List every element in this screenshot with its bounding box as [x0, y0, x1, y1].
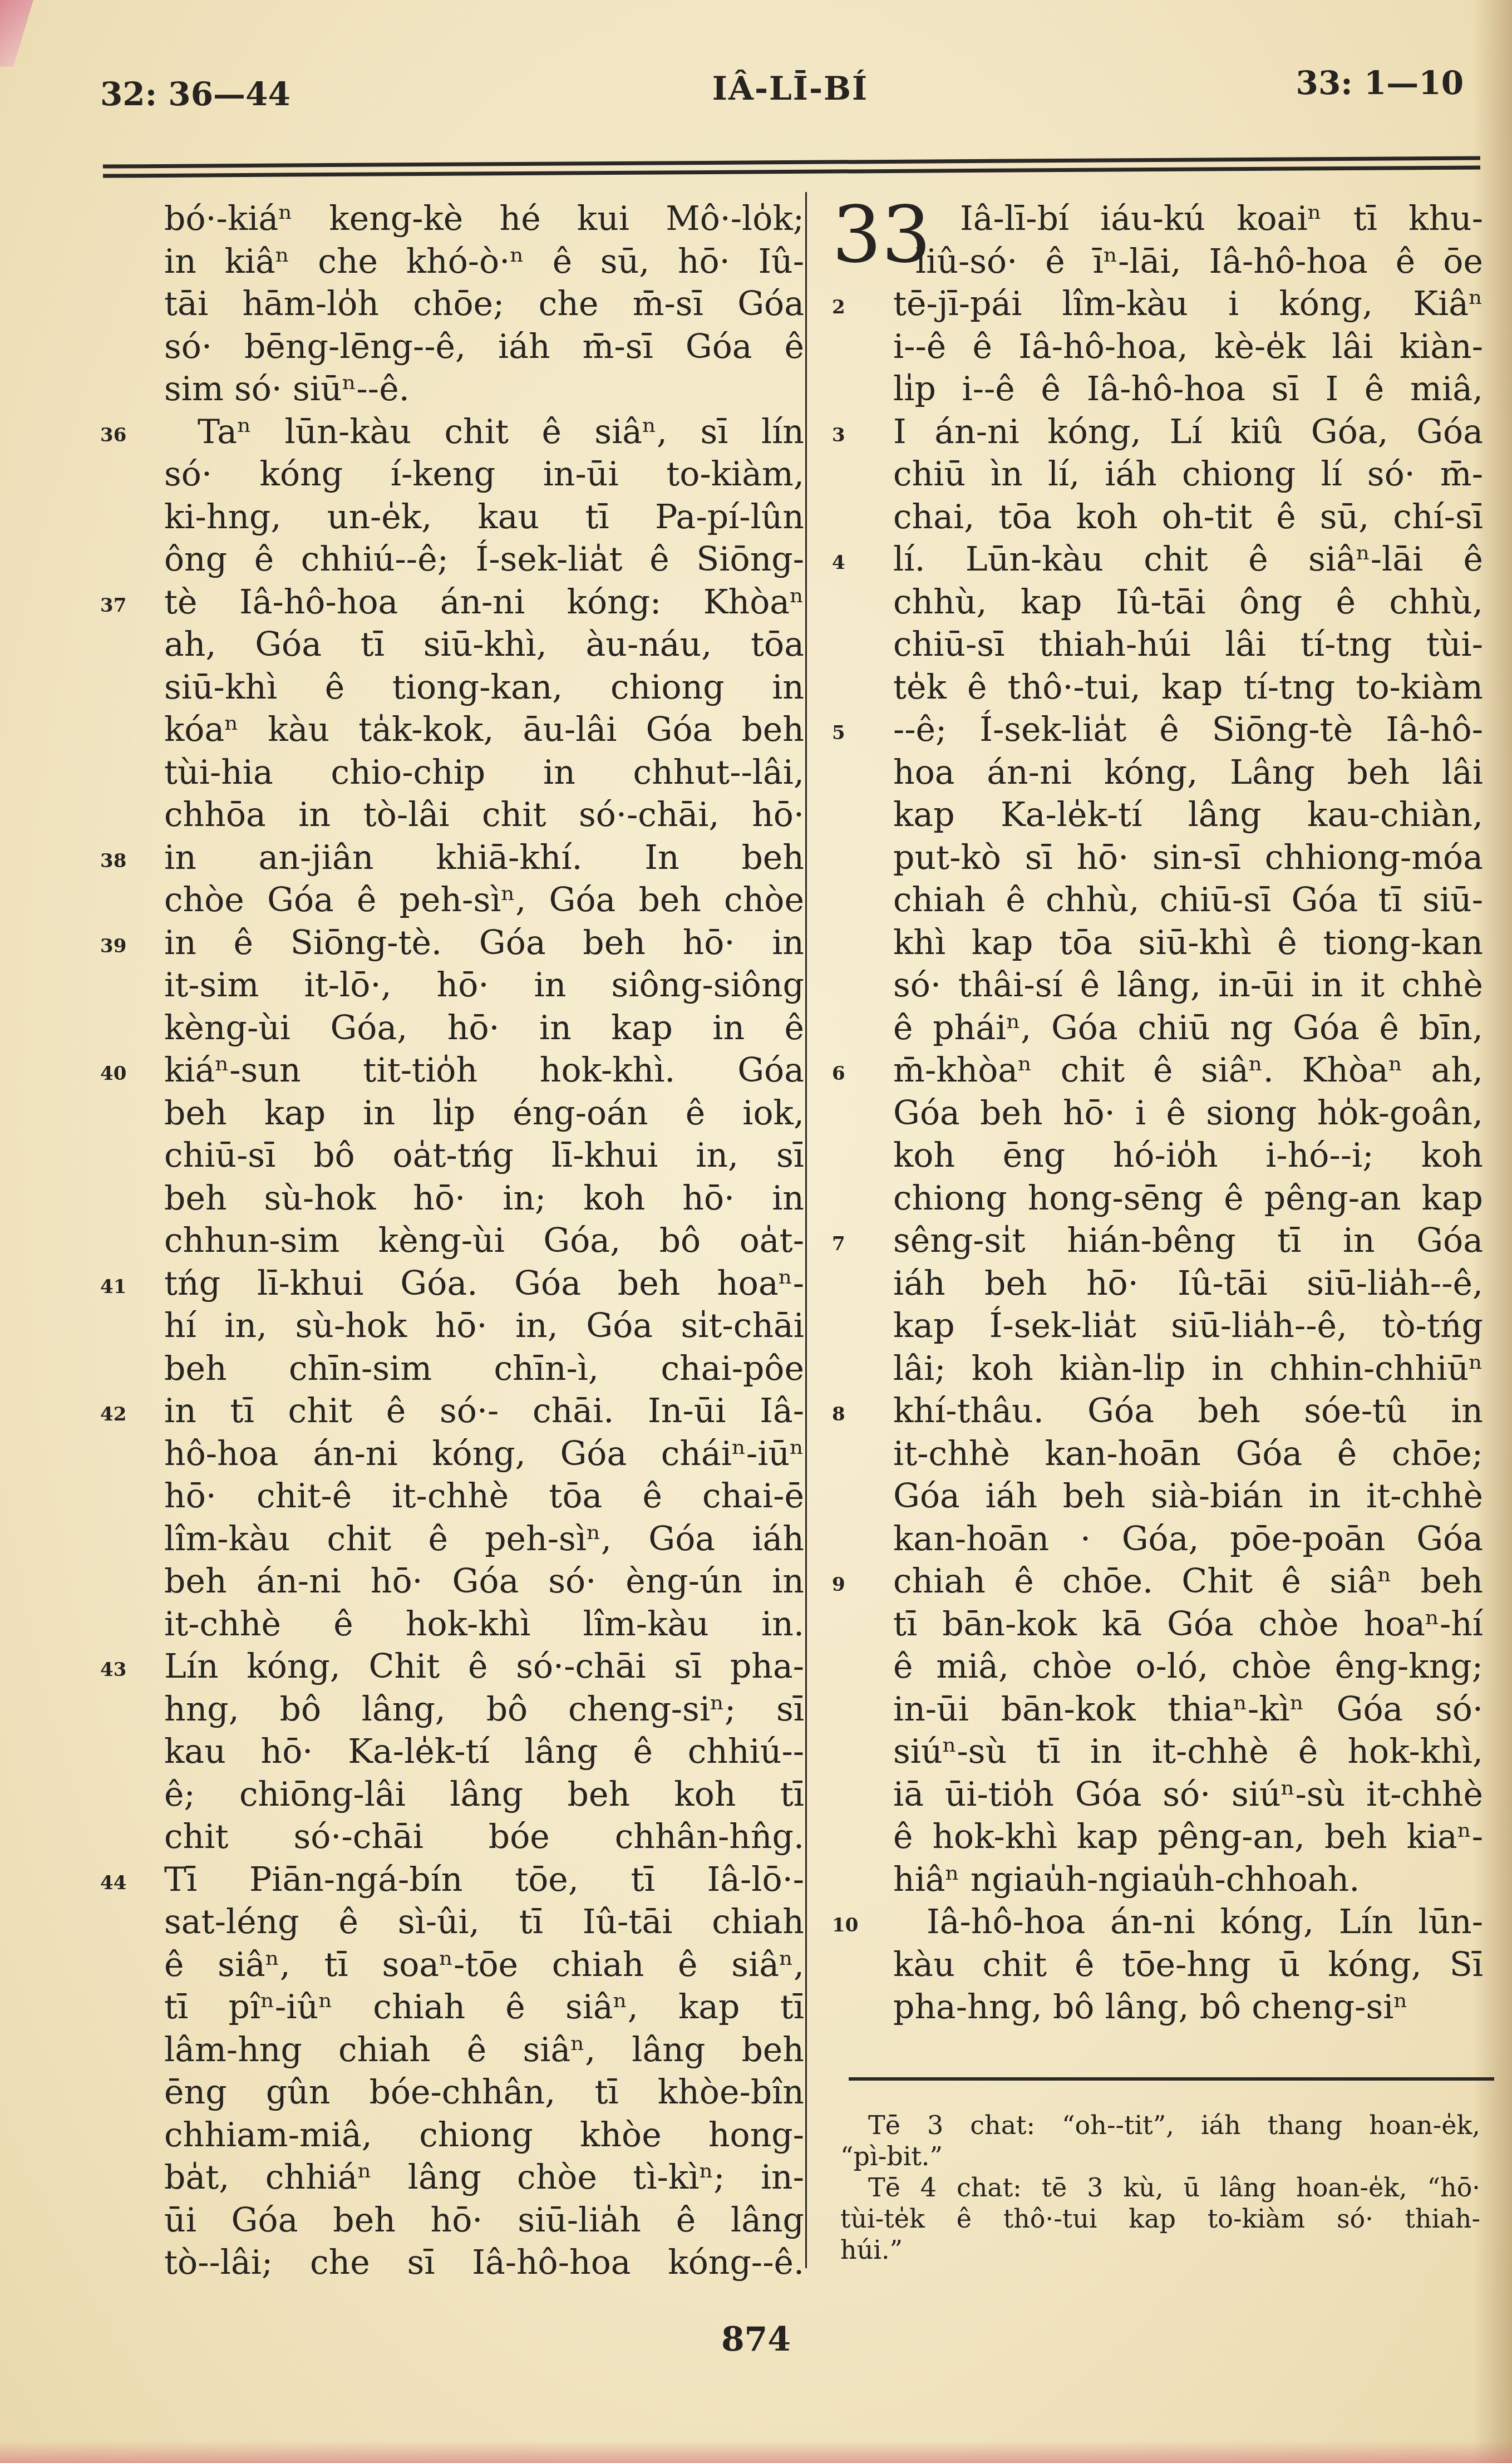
- line-text: in-ūi bān-kok thiaⁿ-kìⁿ Góa só·: [893, 1690, 1483, 1729]
- line-text: ūi Góa beh hō· siū-lia̍h ê lâng: [164, 2201, 804, 2240]
- text-line: chiah ê chhù, chiū-sī Góa tī siū-: [893, 879, 1483, 922]
- line-text: lí. Lūn-kàu chit ê siâⁿ-lāi ê: [893, 540, 1483, 579]
- header-right-reference: 33: 1—10: [1296, 64, 1464, 102]
- text-line: beh chīn-sim chīn-ì, chai-pôe: [164, 1348, 804, 1390]
- text-line: ê siâⁿ, tī soaⁿ-tōe chiah ê siâⁿ,: [164, 1944, 804, 1987]
- text-line: 4lí. Lūn-kàu chit ê siâⁿ-lāi ê: [893, 538, 1483, 581]
- line-text: li̍p i--ê ê Iâ-hô-hoa sī I ê miâ,: [893, 370, 1483, 409]
- line-text: liû-só· ê īⁿ-lāi, Iâ-hô-hoa ê ōe: [915, 242, 1483, 281]
- text-line: húi.”: [840, 2234, 1480, 2265]
- verse-number: 10: [832, 1904, 858, 1947]
- text-line: sim só· siūⁿ--ê.: [164, 368, 804, 411]
- text-line: siū-khì ê tiong-kan, chiong in: [164, 666, 804, 709]
- verse-number: 7: [832, 1223, 845, 1266]
- line-text: Iâ-lī-bí iáu-kú koaiⁿ tī khu-: [960, 199, 1483, 238]
- text-line: tī pîⁿ-iûⁿ chiah ê siâⁿ, kap tī: [164, 1986, 804, 2029]
- line-text: tńg lī-khui Góa. Góa beh hoaⁿ-: [164, 1264, 804, 1303]
- line-text: tāi hām-lo̍h chōe; che m̄-sī Góa: [164, 284, 804, 323]
- line-text: só· bēng-lēng--ê, iáh m̄-sī Góa ê: [164, 327, 804, 366]
- text-line: ê pháiⁿ, Góa chiū ng Góa ê bīn,: [893, 1007, 1483, 1050]
- line-text: Tē 3 chat: “oh--tit”, iáh thang hoan-e̍k…: [868, 2110, 1480, 2140]
- line-text: ê hok-khì kap pêng-an, beh kiaⁿ-: [893, 1817, 1483, 1856]
- text-line: Iâ-lī-bí iáu-kú koaiⁿ tī khu-: [893, 198, 1483, 240]
- text-line: chiū-sī thiah-húi lâi tí-tng tùi-: [893, 623, 1483, 666]
- verse-number: 38: [100, 840, 126, 883]
- line-text: chiū-sī thiah-húi lâi tí-tng tùi-: [893, 625, 1483, 664]
- verse-number: 39: [100, 925, 126, 968]
- text-line: tī bān-kok kā Góa chòe hoaⁿ-hí: [893, 1603, 1483, 1646]
- line-text: beh sù-hok hō· in; koh hō· in: [164, 1179, 804, 1218]
- verse-number: 6: [832, 1053, 845, 1095]
- line-text: siū-khì ê tiong-kan, chiong in: [164, 668, 804, 707]
- text-line: put-kò sī hō· sin-sī chhiong-móa: [893, 837, 1483, 879]
- line-text: Iâ-hô-hoa án-ni kóng, Lín lūn-: [927, 1902, 1483, 1941]
- right-text-column: 33 Iâ-lī-bí iáu-kú koaiⁿ tī khu-liû-só· …: [893, 198, 1483, 2029]
- text-line: Góa iáh beh sià-bián in it-chhè: [893, 1475, 1483, 1518]
- column-divider: [805, 192, 807, 2268]
- line-text: chiū ìn lí, iáh chiong lí só· m̄-: [893, 455, 1483, 494]
- line-text: it-chhè kan-hoān Góa ê chōe;: [893, 1434, 1483, 1473]
- line-text: tī bān-kok kā Góa chòe hoaⁿ-hí: [893, 1605, 1483, 1644]
- text-line: liû-só· ê īⁿ-lāi, Iâ-hô-hoa ê ōe: [893, 240, 1483, 283]
- text-line: só· kóng í-keng in-ūi to-kiàm,: [164, 453, 804, 496]
- text-line: 8khí-thâu. Góa beh sóe-tû in: [893, 1390, 1483, 1433]
- text-line: hô-hoa án-ni kóng, Góa cháiⁿ-iūⁿ: [164, 1433, 804, 1476]
- text-line: iā ūi-tio̍h Góa só· siúⁿ-sù it-chhè: [893, 1773, 1483, 1816]
- line-text: chhiam-miâ, chiong khòe hong-: [164, 2116, 804, 2155]
- text-line: chiū-sī bô oa̍t-tńg lī-khui in, sī: [164, 1134, 804, 1177]
- line-text: beh án-ni hō· Góa só· èng-ún in: [164, 1562, 804, 1601]
- text-line: ūi Góa beh hō· siū-lia̍h ê lâng: [164, 2199, 804, 2242]
- text-line: chiū ìn lí, iáh chiong lí só· m̄-: [893, 453, 1483, 496]
- line-text: sêng-si̍t hián-bêng tī in Góa: [893, 1221, 1483, 1260]
- text-line: 5--ê; Í-sek-lia̍t ê Siōng-tè Iâ-hô-: [893, 709, 1483, 751]
- header-double-rule: [103, 156, 1480, 178]
- line-text: kap Í-sek-lia̍t siū-lia̍h--ê, tò-tńg: [893, 1306, 1483, 1345]
- line-text: te̍k ê thô·-tui, kap tí-tng to-kiàm: [893, 668, 1483, 707]
- text-line: 6m̄-khòaⁿ chit ê siâⁿ. Khòaⁿ ah,: [893, 1049, 1483, 1092]
- text-line: lâi; koh kiàn-li̍p in chhin-chhiūⁿ: [893, 1348, 1483, 1390]
- text-line: in-ūi bān-kok thiaⁿ-kìⁿ Góa só·: [893, 1688, 1483, 1731]
- text-line: hng, bô lâng, bô cheng-siⁿ; sī: [164, 1688, 804, 1731]
- verse-number: 37: [100, 584, 126, 627]
- line-text: it-chhè ê hok-khì lîm-kàu in.: [164, 1605, 804, 1644]
- line-text: chiong hong-sēng ê pêng-an kap: [893, 1179, 1483, 1218]
- text-line: beh kap in li̍p éng-oán ê iok,: [164, 1092, 804, 1135]
- text-line: tùi-te̍k ê thô·-tui kap to-kiàm só· thia…: [840, 2203, 1480, 2234]
- verse-number: 5: [832, 712, 845, 755]
- text-line: kap Í-sek-lia̍t siū-lia̍h--ê, tò-tńg: [893, 1305, 1483, 1348]
- text-line: ah, Góa tī siū-khì, àu-náu, tōa: [164, 623, 804, 666]
- line-text: chit só·-chāi bóe chhân-hn̂g.: [164, 1817, 804, 1856]
- line-text: in an-jiân khiā-khí. In beh: [164, 838, 804, 877]
- line-text: Tē 4 chat: tē 3 kù, ū lâng hoan-e̍k, “hō…: [868, 2172, 1480, 2203]
- page-edge-stain: [0, 2441, 1512, 2463]
- text-line: i--ê ê Iâ-hô-hoa, kè-e̍k lâi kiàn-: [893, 326, 1483, 368]
- line-text: chai, tōa koh oh-tit ê sū, chí-sī: [893, 498, 1483, 537]
- text-line: lâm-hng chiah ê siâⁿ, lâng beh: [164, 2029, 804, 2072]
- line-text: ki-hng, un-e̍k, kau tī Pa-pí-lûn: [164, 498, 804, 537]
- text-line: 37tè Iâ-hô-hoa án-ni kóng: Khòaⁿ: [164, 581, 804, 624]
- text-line: ê hok-khì kap pêng-an, beh kiaⁿ-: [893, 1816, 1483, 1859]
- text-line: ê miâ, chòe o-ló, chòe êng-kng;: [893, 1645, 1483, 1688]
- verse-number: 8: [832, 1393, 845, 1436]
- text-line: kèng-ùi Góa, hō· in kap in ê: [164, 1007, 804, 1050]
- text-line: chai, tōa koh oh-tit ê sū, chí-sī: [893, 496, 1483, 539]
- text-line: 39in ê Siōng-tè. Góa beh hō· in: [164, 922, 804, 965]
- page-number: 874: [0, 2320, 1512, 2359]
- running-header: 32: 36—44 IÂ-LĪ-BÍ 33: 1—10: [100, 64, 1480, 114]
- text-line: 2tē-jī-pái lîm-kàu i kóng, Kiâⁿ: [893, 283, 1483, 326]
- text-line: só· thâi-sí ê lâng, in-ūi in it chhè: [893, 964, 1483, 1007]
- verse-number: 40: [100, 1053, 126, 1095]
- line-text: ê siâⁿ, tī soaⁿ-tōe chiah ê siâⁿ,: [164, 1945, 804, 1984]
- line-text: “pì-bit.”: [840, 2141, 943, 2171]
- line-text: sim só· siūⁿ--ê.: [164, 370, 410, 409]
- verse-number: 43: [100, 1649, 126, 1692]
- verse-number: 2: [832, 286, 845, 329]
- line-text: pha-hng, bô lâng, bô cheng-siⁿ: [893, 1988, 1408, 2027]
- line-text: ēng gûn bóe-chhân, tī khòe-bîn: [164, 2073, 804, 2112]
- verse-number: 44: [100, 1862, 126, 1905]
- line-text: só· thâi-sí ê lâng, in-ūi in it chhè: [893, 966, 1483, 1005]
- text-line: chhiam-miâ, chiong khòe hong-: [164, 2114, 804, 2157]
- line-text: hng, bô lâng, bô cheng-siⁿ; sī: [164, 1690, 804, 1729]
- line-text: siúⁿ-sù tī in it-chhè ê hok-khì,: [893, 1732, 1483, 1771]
- page-corner-marker: [0, 0, 33, 67]
- text-line: hoa án-ni kóng, Lâng beh lâi: [893, 751, 1483, 794]
- text-line: bó·-kiáⁿ keng-kè hé kui Mô·-lo̍k;: [164, 198, 804, 240]
- text-line: Tē 3 chat: “oh--tit”, iáh thang hoan-e̍k…: [840, 2110, 1480, 2141]
- text-line: kàu chit ê tōe-hng ū kóng, Sī: [893, 1944, 1483, 1987]
- text-line: chòe Góa ê peh-sìⁿ, Góa beh chòe: [164, 879, 804, 922]
- text-line: “pì-bit.”: [840, 2141, 1480, 2172]
- line-text: chhōa in tò-lâi chit só·-chāi, hō·: [164, 795, 804, 834]
- line-text: kàu chit ê tōe-hng ū kóng, Sī: [893, 1945, 1483, 1984]
- line-text: tò--lâi; che sī Iâ-hô-hoa kóng--ê.: [164, 2243, 804, 2282]
- text-line: só· bēng-lēng--ê, iáh m̄-sī Góa ê: [164, 326, 804, 368]
- line-text: hô-hoa án-ni kóng, Góa cháiⁿ-iūⁿ: [164, 1434, 804, 1473]
- line-text: kau hō· Ka-le̍k-tí lâng ê chhiú--: [164, 1732, 804, 1771]
- book-title: IÂ-LĪ-BÍ: [100, 70, 1480, 107]
- text-line: kap Ka-le̍k-tí lâng kau-chiàn,: [893, 794, 1483, 837]
- line-text: só· kóng í-keng in-ūi to-kiàm,: [164, 455, 804, 494]
- text-line: it-chhè ê hok-khì lîm-kàu in.: [164, 1603, 804, 1646]
- line-text: ah, Góa tī siū-khì, àu-náu, tōa: [164, 625, 804, 664]
- line-text: iā ūi-tio̍h Góa só· siúⁿ-sù it-chhè: [893, 1775, 1483, 1814]
- text-line: ba̍t, chhiáⁿ lâng chòe tì-kìⁿ; in-: [164, 2156, 804, 2199]
- line-text: chiah ê chhù, chiū-sī Góa tī siū-: [893, 881, 1483, 920]
- text-line: 10Iâ-hô-hoa án-ni kóng, Lín lūn-: [893, 1901, 1483, 1944]
- verse-number: 4: [832, 542, 845, 584]
- line-text: kèng-ùi Góa, hō· in kap in ê: [164, 1009, 804, 1048]
- text-line: it-chhè kan-hoān Góa ê chōe;: [893, 1433, 1483, 1476]
- text-line: khì kap tōa siū-khì ê tiong-kan: [893, 922, 1483, 965]
- text-line: siúⁿ-sù tī in it-chhè ê hok-khì,: [893, 1731, 1483, 1773]
- line-text: chiah ê chōe. Chit ê siâⁿ beh: [893, 1562, 1483, 1601]
- line-text: Góa iáh beh sià-bián in it-chhè: [893, 1477, 1483, 1516]
- text-line: 36Taⁿ lūn-kàu chit ê siâⁿ, sī lín: [164, 411, 804, 454]
- text-line: 44Tī Piān-ngá-bín tōe, tī Iâ-lō·-: [164, 1859, 804, 1901]
- line-text: khí-thâu. Góa beh sóe-tû in: [893, 1392, 1483, 1430]
- text-line: hí in, sù-hok hō· in, Góa si̍t-chāi: [164, 1305, 804, 1348]
- text-line: 3I án-ni kóng, Lí kiû Góa, Góa: [893, 411, 1483, 454]
- line-text: hí in, sù-hok hō· in, Góa si̍t-chāi: [164, 1306, 804, 1345]
- line-text: chiū-sī bô oa̍t-tńg lī-khui in, sī: [164, 1136, 804, 1175]
- left-text-column: bó·-kiáⁿ keng-kè hé kui Mô·-lo̍k;in kiâⁿ…: [164, 198, 804, 2284]
- verse-number: 42: [100, 1393, 126, 1436]
- text-line: hiâⁿ ngiau̍h-ngiau̍h-chhoah.: [893, 1859, 1483, 1901]
- verse-number: 41: [100, 1266, 126, 1309]
- text-line: sat-léng ê sì-ûi, tī Iû-tāi chiah: [164, 1901, 804, 1944]
- line-text: ê pháiⁿ, Góa chiū ng Góa ê bīn,: [893, 1009, 1483, 1048]
- text-line: 38in an-jiân khiā-khí. In beh: [164, 837, 804, 879]
- line-text: kiáⁿ-sun tit-tio̍h hok-khì. Góa: [164, 1051, 804, 1090]
- line-text: I án-ni kóng, Lí kiû Góa, Góa: [893, 412, 1483, 451]
- text-line: ê; chiōng-lâi lâng beh koh tī: [164, 1773, 804, 1816]
- line-text: beh kap in li̍p éng-oán ê iok,: [164, 1094, 804, 1133]
- text-line: kan-hoān · Góa, pōe-poān Góa: [893, 1518, 1483, 1561]
- text-line: chhōa in tò-lâi chit só·-chāi, hō·: [164, 794, 804, 837]
- text-line: 43Lín kóng, Chit ê só·-chāi sī pha-: [164, 1645, 804, 1688]
- footnotes: Tē 3 chat: “oh--tit”, iáh thang hoan-e̍k…: [840, 2110, 1480, 2265]
- line-text: hoa án-ni kóng, Lâng beh lâi: [893, 753, 1483, 792]
- text-line: Góa beh hō· i ê siong ho̍k-goân,: [893, 1092, 1483, 1135]
- line-text: húi.”: [840, 2235, 903, 2265]
- line-text: kóaⁿ kàu ta̍k-kok, āu-lâi Góa beh: [164, 710, 804, 749]
- text-line: it-sim it-lō·, hō· in siông-siông: [164, 964, 804, 1007]
- verse-number: 3: [832, 414, 845, 457]
- text-line: chit só·-chāi bóe chhân-hn̂g.: [164, 1816, 804, 1859]
- line-text: lâm-hng chiah ê siâⁿ, lâng beh: [164, 2031, 804, 2069]
- line-text: ê miâ, chòe o-ló, chòe êng-kng;: [893, 1647, 1483, 1686]
- text-line: ông ê chhiú--ê; Í-sek-lia̍t ê Siōng-: [164, 538, 804, 581]
- line-text: tè Iâ-hô-hoa án-ni kóng: Khòaⁿ: [164, 583, 804, 622]
- text-line: ki-hng, un-e̍k, kau tī Pa-pí-lûn: [164, 496, 804, 539]
- line-text: chhun-sim kèng-ùi Góa, bô oa̍t-: [164, 1221, 804, 1260]
- line-text: sat-léng ê sì-ûi, tī Iû-tāi chiah: [164, 1902, 804, 1941]
- line-text: --ê; Í-sek-lia̍t ê Siōng-tè Iâ-hô-: [893, 710, 1483, 749]
- line-text: put-kò sī hō· sin-sī chhiong-móa: [893, 838, 1483, 877]
- text-line: in kiâⁿ che khó-ò·ⁿ ê sū, hō· Iû-: [164, 240, 804, 283]
- text-line: chiong hong-sēng ê pêng-an kap: [893, 1177, 1483, 1220]
- line-text: tē-jī-pái lîm-kàu i kóng, Kiâⁿ: [893, 284, 1483, 323]
- text-line: 42in tī chit ê só·- chāi. In-ūi Iâ-: [164, 1390, 804, 1433]
- line-text: hiâⁿ ngiau̍h-ngiau̍h-chhoah.: [893, 1860, 1360, 1899]
- text-line: beh án-ni hō· Góa só· èng-ún in: [164, 1560, 804, 1603]
- line-text: Lín kóng, Chit ê só·-chāi sī pha-: [164, 1647, 804, 1686]
- text-line: iáh beh hō· Iû-tāi siū-lia̍h--ê,: [893, 1262, 1483, 1305]
- line-text: beh chīn-sim chīn-ì, chai-pôe: [164, 1349, 804, 1388]
- line-text: kan-hoān · Góa, pōe-poān Góa: [893, 1520, 1483, 1559]
- line-text: iáh beh hō· Iû-tāi siū-lia̍h--ê,: [893, 1264, 1483, 1303]
- verse-number: 9: [832, 1564, 845, 1606]
- line-text: bó·-kiáⁿ keng-kè hé kui Mô·-lo̍k;: [164, 199, 804, 238]
- line-text: ê; chiōng-lâi lâng beh koh tī: [164, 1775, 804, 1814]
- text-line: Tē 4 chat: tē 3 kù, ū lâng hoan-e̍k, “hō…: [840, 2172, 1480, 2203]
- book-page: 32: 36—44 IÂ-LĪ-BÍ 33: 1—10 bó·-kiáⁿ ken…: [0, 0, 1512, 2463]
- line-text: kap Ka-le̍k-tí lâng kau-chiàn,: [893, 795, 1483, 834]
- line-text: in ê Siōng-tè. Góa beh hō· in: [164, 923, 804, 962]
- footnote-rule: [849, 2077, 1494, 2081]
- line-text: Góa beh hō· i ê siong ho̍k-goân,: [893, 1094, 1483, 1133]
- line-text: i--ê ê Iâ-hô-hoa, kè-e̍k lâi kiàn-: [893, 327, 1483, 366]
- line-text: ông ê chhiú--ê; Í-sek-lia̍t ê Siōng-: [164, 540, 804, 579]
- line-text: koh ēng hó-io̍h i-hó--i; koh: [893, 1136, 1483, 1175]
- text-line: li̍p i--ê ê Iâ-hô-hoa sī I ê miâ,: [893, 368, 1483, 411]
- text-line: lîm-kàu chit ê peh-sìⁿ, Góa iáh: [164, 1518, 804, 1561]
- verse-number: 36: [100, 414, 126, 457]
- text-line: 9chiah ê chōe. Chit ê siâⁿ beh: [893, 1560, 1483, 1603]
- text-line: chhun-sim kèng-ùi Góa, bô oa̍t-: [164, 1220, 804, 1262]
- text-line: ēng gûn bóe-chhân, tī khòe-bîn: [164, 2071, 804, 2114]
- line-text: chòe Góa ê peh-sìⁿ, Góa beh chòe: [164, 881, 804, 920]
- text-line: 7sêng-si̍t hián-bêng tī in Góa: [893, 1220, 1483, 1262]
- line-text: in tī chit ê só·- chāi. In-ūi Iâ-: [164, 1392, 804, 1430]
- text-line: tùi-hia chio-chip in chhut--lâi,: [164, 751, 804, 794]
- line-text: in kiâⁿ che khó-ò·ⁿ ê sū, hō· Iû-: [164, 242, 804, 281]
- text-line: tāi hām-lo̍h chōe; che m̄-sī Góa: [164, 283, 804, 326]
- line-text: chhù, kap Iû-tāi ông ê chhù,: [893, 583, 1483, 622]
- text-line: chhù, kap Iû-tāi ông ê chhù,: [893, 581, 1483, 624]
- line-text: Taⁿ lūn-kàu chit ê siâⁿ, sī lín: [198, 412, 804, 451]
- text-line: te̍k ê thô·-tui, kap tí-tng to-kiàm: [893, 666, 1483, 709]
- line-text: lîm-kàu chit ê peh-sìⁿ, Góa iáh: [164, 1520, 804, 1559]
- line-text: khì kap tōa siū-khì ê tiong-kan: [893, 923, 1483, 962]
- text-line: tò--lâi; che sī Iâ-hô-hoa kóng--ê.: [164, 2241, 804, 2284]
- line-text: tī pîⁿ-iûⁿ chiah ê siâⁿ, kap tī: [164, 1988, 804, 2027]
- line-text: ba̍t, chhiáⁿ lâng chòe tì-kìⁿ; in-: [164, 2158, 804, 2197]
- text-line: 40kiáⁿ-sun tit-tio̍h hok-khì. Góa: [164, 1049, 804, 1092]
- text-line: beh sù-hok hō· in; koh hō· in: [164, 1177, 804, 1220]
- line-text: Tī Piān-ngá-bín tōe, tī Iâ-lō·-: [164, 1860, 804, 1899]
- text-line: kóaⁿ kàu ta̍k-kok, āu-lâi Góa beh: [164, 709, 804, 751]
- text-line: 41tńg lī-khui Góa. Góa beh hoaⁿ-: [164, 1262, 804, 1305]
- line-text: lâi; koh kiàn-li̍p in chhin-chhiūⁿ: [893, 1349, 1483, 1388]
- line-text: tùi-te̍k ê thô·-tui kap to-kiàm só· thia…: [840, 2204, 1480, 2234]
- text-line: koh ēng hó-io̍h i-hó--i; koh: [893, 1134, 1483, 1177]
- line-text: tùi-hia chio-chip in chhut--lâi,: [164, 753, 804, 792]
- line-text: m̄-khòaⁿ chit ê siâⁿ. Khòaⁿ ah,: [893, 1051, 1483, 1090]
- text-line: pha-hng, bô lâng, bô cheng-siⁿ: [893, 1986, 1483, 2029]
- text-line: kau hō· Ka-le̍k-tí lâng ê chhiú--: [164, 1731, 804, 1773]
- text-line: hō· chit-ê it-chhè tōa ê chai-ē: [164, 1475, 804, 1518]
- line-text: hō· chit-ê it-chhè tōa ê chai-ē: [164, 1477, 804, 1516]
- line-text: it-sim it-lō·, hō· in siông-siông: [164, 966, 804, 1005]
